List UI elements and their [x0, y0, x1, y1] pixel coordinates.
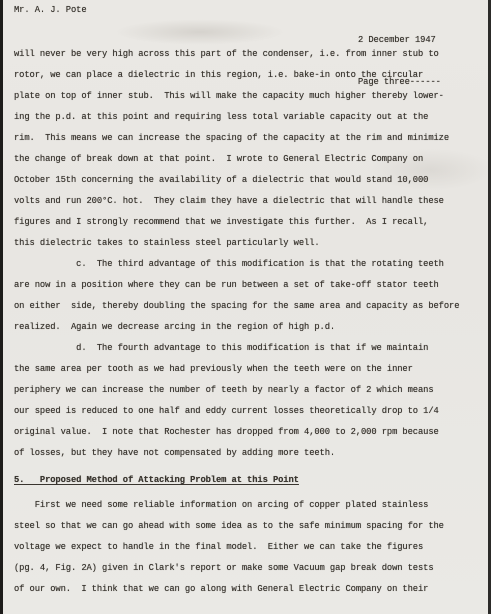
text-line: original value. I note that Rochester ha…: [14, 422, 475, 443]
header-recipient: Mr. A. J. Pote: [14, 5, 87, 15]
text-line: rim. This means we can increase the spac…: [14, 128, 475, 149]
text-line: c. The third advantage of this modificat…: [14, 254, 475, 275]
para-item-c: c. The third advantage of this modificat…: [14, 254, 475, 338]
scanned-letter-page: Mr. A. J. Pote 2 December 1947 Page thre…: [0, 0, 491, 614]
text-line: of our own. I think that we can go along…: [14, 579, 475, 600]
text-line: the same area per tooth as we had previo…: [14, 359, 475, 380]
text-line: volts and run 200°C. hot. They claim the…: [14, 191, 475, 212]
text-line: steel so that we can go ahead with some …: [14, 516, 475, 537]
scan-edge-left: [0, 0, 3, 614]
text-line: October 15th concerning the availability…: [14, 170, 475, 191]
text-line: our speed is reduced to one half and edd…: [14, 401, 475, 422]
para-item-d: d. The fourth advantage to this modifica…: [14, 338, 475, 464]
text-line: realized. Again we decrease arcing in th…: [14, 317, 475, 338]
document-body: will never be very high across this part…: [14, 44, 475, 600]
text-line: of losses, but they have not compensated…: [14, 443, 475, 464]
text-line: figures and I strongly recommend that we…: [14, 212, 475, 233]
text-line: periphery we can increase the number of …: [14, 380, 475, 401]
text-line: rotor, we can place a dielectric in this…: [14, 65, 475, 86]
text-line: 5. Proposed Method of Attacking Problem …: [14, 470, 475, 491]
text-line: are now in a position where they can be …: [14, 275, 475, 296]
para-continuation: will never be very high across this part…: [14, 44, 475, 254]
para-proposed-method: First we need some reliable information …: [14, 495, 475, 600]
section-heading-5: 5. Proposed Method of Attacking Problem …: [14, 470, 475, 491]
text-line: will never be very high across this part…: [14, 44, 475, 65]
text-line: (pg. 4, Fig. 2A) given in Clark's report…: [14, 558, 475, 579]
text-line: d. The fourth advantage to this modifica…: [14, 338, 475, 359]
text-line: this dielectric takes to stainless steel…: [14, 233, 475, 254]
text-line: on either side, thereby doubling the spa…: [14, 296, 475, 317]
text-line: ing the p.d. at this point and requiring…: [14, 107, 475, 128]
text-line: voltage we expect to handle in the final…: [14, 537, 475, 558]
text-line: First we need some reliable information …: [14, 495, 475, 516]
text-line: plate on top of inner stub. This will ma…: [14, 86, 475, 107]
text-line: the change of break down at that point. …: [14, 149, 475, 170]
